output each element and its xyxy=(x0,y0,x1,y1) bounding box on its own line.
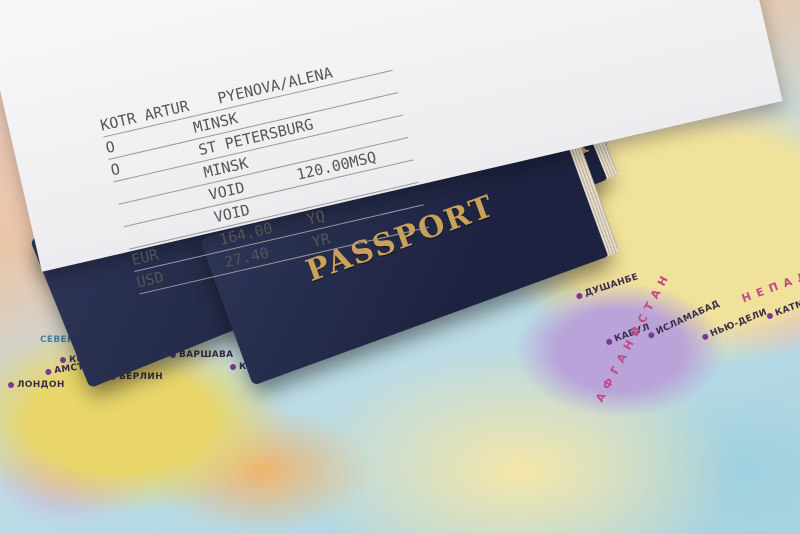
map-label-nepal: НЕПАЛ xyxy=(740,268,800,305)
map-label-dushanbe: ДУШАНБЕ xyxy=(575,272,640,302)
photo-scene: КОПЕНГАГЕН АМСТЕРДАМ БЕРЛИН ВАРШАВА ЛОНД… xyxy=(0,0,800,534)
map-label-london: ЛОНДОН xyxy=(8,380,65,390)
